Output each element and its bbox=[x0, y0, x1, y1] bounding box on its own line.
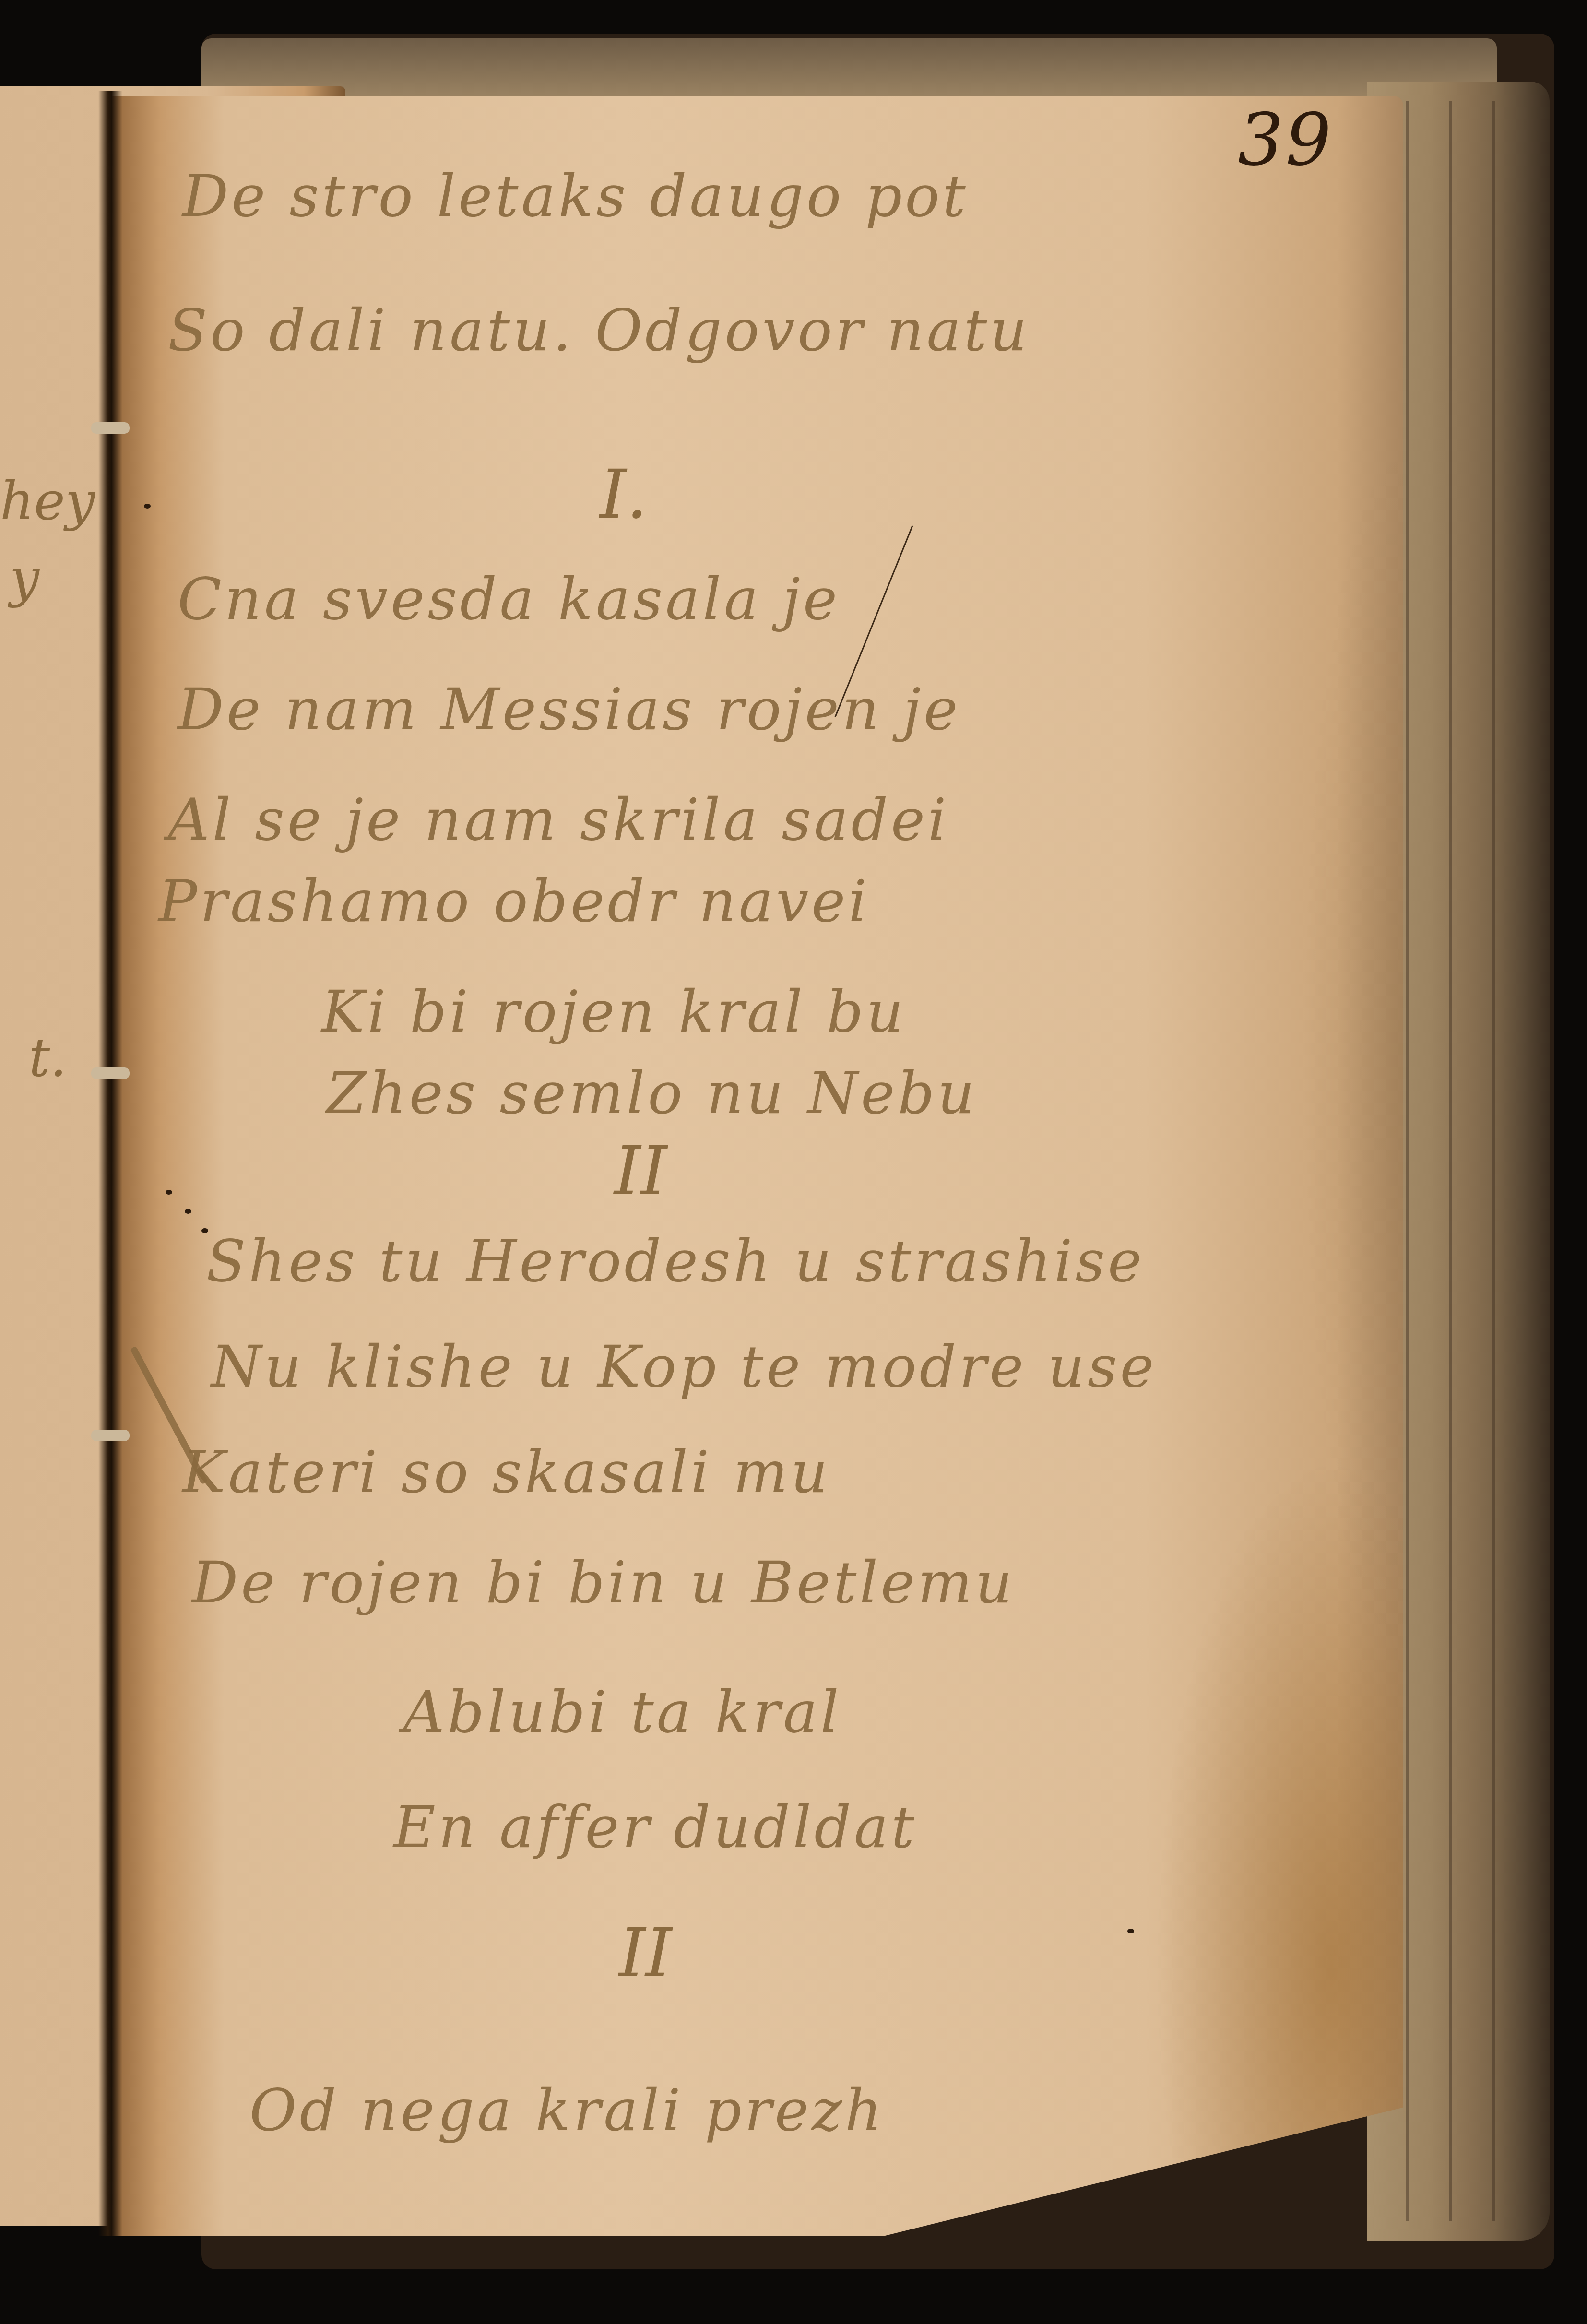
text-line: Zhes semlo nu Nebu bbox=[326, 1060, 977, 1127]
binding-stitch bbox=[91, 422, 130, 434]
text-line: Ablubi ta kral bbox=[403, 1679, 841, 1746]
wormhole bbox=[166, 1190, 172, 1195]
book-gutter bbox=[98, 91, 122, 2236]
left-page-fragment: y bbox=[10, 547, 39, 608]
page-block-top-edge bbox=[201, 38, 1497, 106]
text-line: Nu klishe u Kop te modre use bbox=[211, 1334, 1157, 1400]
text-line: De rojen bi bin u Betlemu bbox=[192, 1550, 1015, 1616]
stanza-number: II bbox=[619, 1914, 672, 1992]
text-line: Ki bi rojen kral bu bbox=[321, 979, 906, 1045]
text-line: Al se je nam skrila sadei bbox=[168, 787, 949, 854]
wormhole bbox=[185, 1209, 191, 1214]
left-page-fragment: hey bbox=[0, 470, 95, 532]
stanza-number: II bbox=[614, 1132, 667, 1210]
binding-stitch bbox=[91, 1067, 130, 1079]
left-page-fragment: t. bbox=[29, 1027, 67, 1088]
text-line: Cna svesda kasala je bbox=[178, 566, 840, 633]
text-line: Kateri so skasali mu bbox=[182, 1439, 830, 1506]
text-line: De stro letaks daugo pot bbox=[182, 163, 969, 230]
binding-stitch bbox=[91, 1430, 130, 1441]
text-line: Prashamo obedr navei bbox=[158, 868, 870, 935]
text-line: En affer dudldat bbox=[393, 1794, 917, 1861]
right-page bbox=[108, 96, 1403, 2236]
wormhole bbox=[1127, 1929, 1134, 1933]
wormhole bbox=[144, 504, 151, 509]
text-line: Od nega krali prezh bbox=[249, 2077, 885, 2144]
stanza-number: I. bbox=[600, 456, 648, 534]
text-line: So dali natu. Odgovor natu bbox=[168, 297, 1030, 364]
text-line: De nam Messias rojen je bbox=[178, 676, 960, 743]
page-number: 39 bbox=[1238, 98, 1333, 182]
text-line: Shes tu Herodesh u strashise bbox=[206, 1228, 1145, 1295]
